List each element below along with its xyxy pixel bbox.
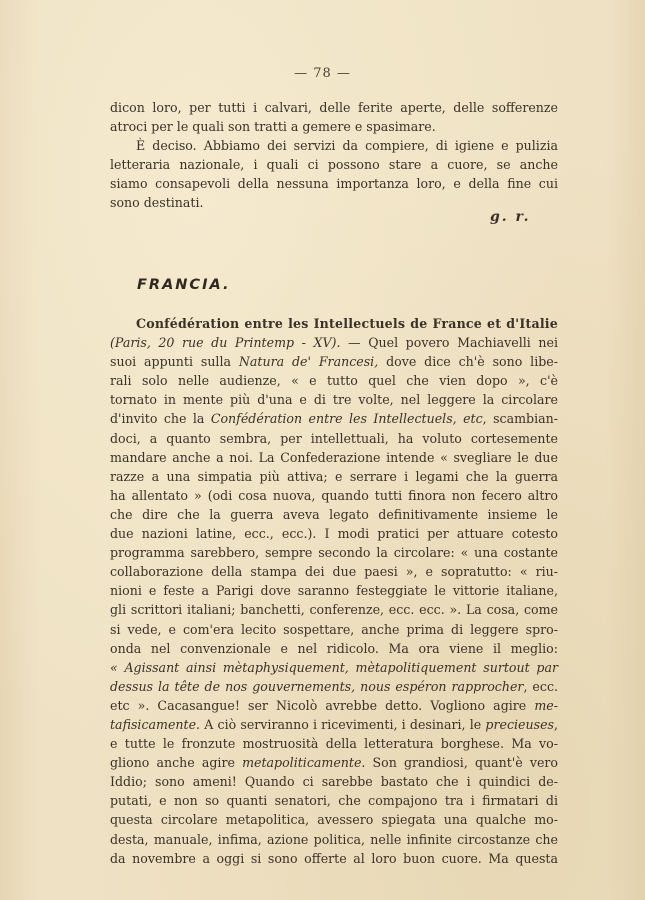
italic-text: Confédération entre les Intellectuels, e… [211, 411, 483, 426]
text-line: da novembre a oggi si sono offerte al lo… [110, 849, 558, 868]
text-line: rali solo nelle audienze, « e tutto quel… [110, 371, 558, 390]
text-line: programma sarebbero, sempre secondo la c… [110, 543, 558, 562]
text-line: tafisicamente. A ciò serviranno i ricevi… [110, 715, 558, 734]
italic-text: (Paris, 20 rue du Printemp - XV). [110, 335, 340, 350]
text-line: collaborazione della stampa dei due paes… [110, 562, 558, 581]
text-line: siamo consapevoli della nessuna importan… [110, 174, 558, 193]
line-text: etc ». Cacasangue! ser Nicolò avrebbe de… [110, 698, 534, 713]
line-text: gliono anche agire [110, 755, 242, 770]
text-line: onda nel convenzionale e nel ridicolo. M… [110, 639, 558, 658]
line-text: dove dice ch'è sono libe- [378, 354, 558, 369]
text-line: dicon loro, per tutti i calvari, delle f… [110, 98, 558, 117]
line-text: , ecc. [523, 679, 558, 694]
text-line: Iddio; sono ameni! Quando ci sarebbe bas… [110, 772, 558, 791]
text-line: desta, manuale, infima, azione politica,… [110, 830, 558, 849]
text-line: gli scrittori italiani; banchetti, confe… [110, 600, 558, 619]
text-line: tornato in mente più d'una e di tre volt… [110, 390, 558, 409]
text-line: razze a una simpatia più attiva; e serra… [110, 467, 558, 486]
line-text: — Quel povero Machiavelli nei [340, 335, 558, 350]
text-line: atroci per le quali son tratti a gemere … [110, 117, 558, 136]
line-text: A ciò serviranno i ricevimenti, i desina… [200, 717, 485, 732]
article-title: Confédération entre les Intellectuels de… [110, 314, 558, 333]
line-text: , [554, 717, 558, 732]
text-line: letteraria nazionale, i quali ci possono… [110, 155, 558, 174]
text-line: che dire che la guerra aveva legato defi… [110, 505, 558, 524]
line-text: d'invito che la [110, 411, 211, 426]
text-line: (Paris, 20 rue du Printemp - XV). — Quel… [110, 333, 558, 352]
text-line: questa circolare metapolitica, avessero … [110, 810, 558, 829]
text-line: mandare anche a noi. La Confederazione i… [110, 448, 558, 467]
text-line: putati, e non so quanti senatori, che co… [110, 791, 558, 810]
page-number: — 78 — [0, 66, 645, 81]
section-heading: FRANCIA. [137, 277, 230, 293]
text-line: due nazioni latine, ecc., ecc.). I modi … [110, 524, 558, 543]
line-text: suoi appunti sulla [110, 354, 239, 369]
italic-text: me- [534, 698, 558, 713]
text-line: È deciso. Abbiamo dei servizi da compier… [110, 136, 558, 155]
text-line: doci, a quanto sembra, per intellettuali… [110, 429, 558, 448]
italic-text: dessus la tête de nos gouvernements, nou… [110, 679, 523, 694]
italic-text: Natura de' Francesi, [239, 354, 378, 369]
section-body: Confédération entre les Intellectuels de… [110, 314, 558, 868]
signature: g. r. [490, 209, 531, 225]
text-line: suoi appunti sulla Natura de' Francesi, … [110, 352, 558, 371]
text-line: gliono anche agire metapoliticamente. So… [110, 753, 558, 772]
text-line: dessus la tête de nos gouvernements, nou… [110, 677, 558, 696]
italic-text: metapoliticamente. [242, 755, 365, 770]
text-line: nioni e feste a Parigi dove saranno fest… [110, 581, 558, 600]
text-line: ha allentato » (odi cosa nuova, quando t… [110, 486, 558, 505]
text-line: e tutte le fronzute mostruosità della le… [110, 734, 558, 753]
line-text: Son grandiosi, quant'è vero [365, 755, 558, 770]
line-text: , scambian- [483, 411, 558, 426]
quote-line: « Agissant ainsi mètaphysiquement, mètap… [110, 658, 558, 677]
intro-paragraphs: dicon loro, per tutti i calvari, delle f… [110, 98, 558, 213]
text-line: si vede, e com'era lecito sospettare, an… [110, 620, 558, 639]
text-line: d'invito che la Confédération entre les … [110, 409, 558, 428]
text-line: etc ». Cacasangue! ser Nicolò avrebbe de… [110, 696, 558, 715]
italic-text: precieuses [485, 717, 554, 732]
italic-text: tafisicamente. [110, 717, 200, 732]
